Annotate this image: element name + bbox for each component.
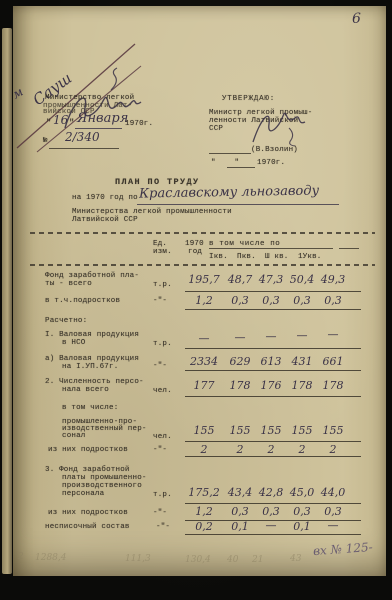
- unit-cell: т.р.: [153, 281, 172, 289]
- value-q4: —: [314, 520, 352, 531]
- unit-cell: -"-: [153, 362, 167, 370]
- value-q4: 0,3: [314, 295, 352, 306]
- section-incl: в том числе:: [62, 404, 118, 412]
- pencil-note: 111,3: [125, 554, 151, 564]
- section-calc: Расчетно:: [45, 317, 87, 325]
- value-q4: 49,3: [314, 274, 352, 285]
- unit-cell: т.р.: [153, 491, 172, 499]
- pencil-note: 130,4: [185, 555, 211, 565]
- unit-cell: -"-: [153, 509, 167, 517]
- value-year: —: [185, 333, 223, 344]
- value-q4: 155: [314, 425, 352, 436]
- org-line2: Латвийской ССР: [72, 216, 138, 224]
- value-year: 175,2: [185, 487, 223, 498]
- unit-cell: т.р.: [153, 340, 172, 348]
- date-month-handwritten: Января: [77, 113, 128, 124]
- value-q4: 44,0: [314, 487, 352, 498]
- col-year-l1: 1970: [185, 240, 204, 248]
- document-page: 6 Сауш м Министерство легкой промышленно…: [13, 6, 386, 576]
- value-year: 177: [185, 380, 223, 391]
- scanned-photo: 6 Сауш м Министерство легкой промышленно…: [0, 0, 392, 600]
- signature-scribble: [245, 100, 315, 150]
- stamp-line1: Министерство легкой: [45, 94, 134, 102]
- col-q2: Пкв.: [237, 253, 256, 261]
- pencil-note: 1288,4: [35, 553, 67, 563]
- value-year: 0,2: [185, 521, 223, 532]
- pencil-note: 40: [227, 555, 238, 565]
- approve-date-year: 1970г.: [257, 159, 285, 167]
- pencil-note: 43: [290, 554, 301, 564]
- value-year: 1,2: [185, 295, 223, 306]
- value-q4: 178: [314, 380, 352, 391]
- page-number: 6: [352, 14, 361, 25]
- org-line1: Министерства легкой промышленности: [72, 208, 232, 216]
- subtitle-prefix: на 1970 год по: [72, 194, 138, 202]
- col-including: в том числе по: [209, 240, 280, 248]
- date-year: 1970г.: [125, 120, 153, 128]
- unit-cell: чел.: [153, 433, 172, 441]
- pencil-note: 21: [252, 555, 263, 565]
- factory-name-handwritten: Краславскому льнозаводу: [139, 185, 319, 199]
- col-q4: 1Укв.: [298, 253, 322, 261]
- underlying-page-edge: [2, 28, 12, 574]
- approve-name: (В.Взолин): [251, 146, 298, 154]
- col-unit-l2: изм.: [153, 248, 172, 256]
- col-q3: Ш кв.: [265, 253, 289, 261]
- number-sign: №: [43, 137, 48, 145]
- date-quote-open: ": [46, 119, 52, 127]
- pencil-note: 2: [18, 552, 24, 562]
- value-q4: 2: [314, 444, 352, 455]
- unit-cell: чел.: [153, 387, 172, 395]
- value-year: 2334: [185, 356, 223, 367]
- approve-line3: ССР: [209, 125, 223, 133]
- date-quote-close: ": [69, 119, 75, 127]
- pencil-note-right: вх № 125-: [313, 542, 373, 557]
- number-value-handwritten: 2/340: [65, 132, 100, 143]
- value-year: 2: [185, 444, 223, 455]
- value-q4: —: [314, 329, 352, 340]
- approve-date-quotes: " ": [211, 159, 239, 167]
- col-unit-l1: Ед.: [153, 240, 167, 248]
- value-year: 195,7: [185, 274, 223, 285]
- unit-cell: -"-: [153, 446, 167, 454]
- unit-cell: -"-: [153, 297, 167, 305]
- unit-cell: -"-: [156, 523, 170, 531]
- col-q1: Iкв.: [209, 253, 228, 261]
- date-day-handwritten: 16: [53, 115, 68, 126]
- value-year: 155: [185, 425, 223, 436]
- value-q4: 661: [314, 356, 352, 367]
- col-year-l2: год: [188, 248, 202, 256]
- value-q4: 0,3: [314, 506, 352, 517]
- value-year: 1,2: [185, 506, 223, 517]
